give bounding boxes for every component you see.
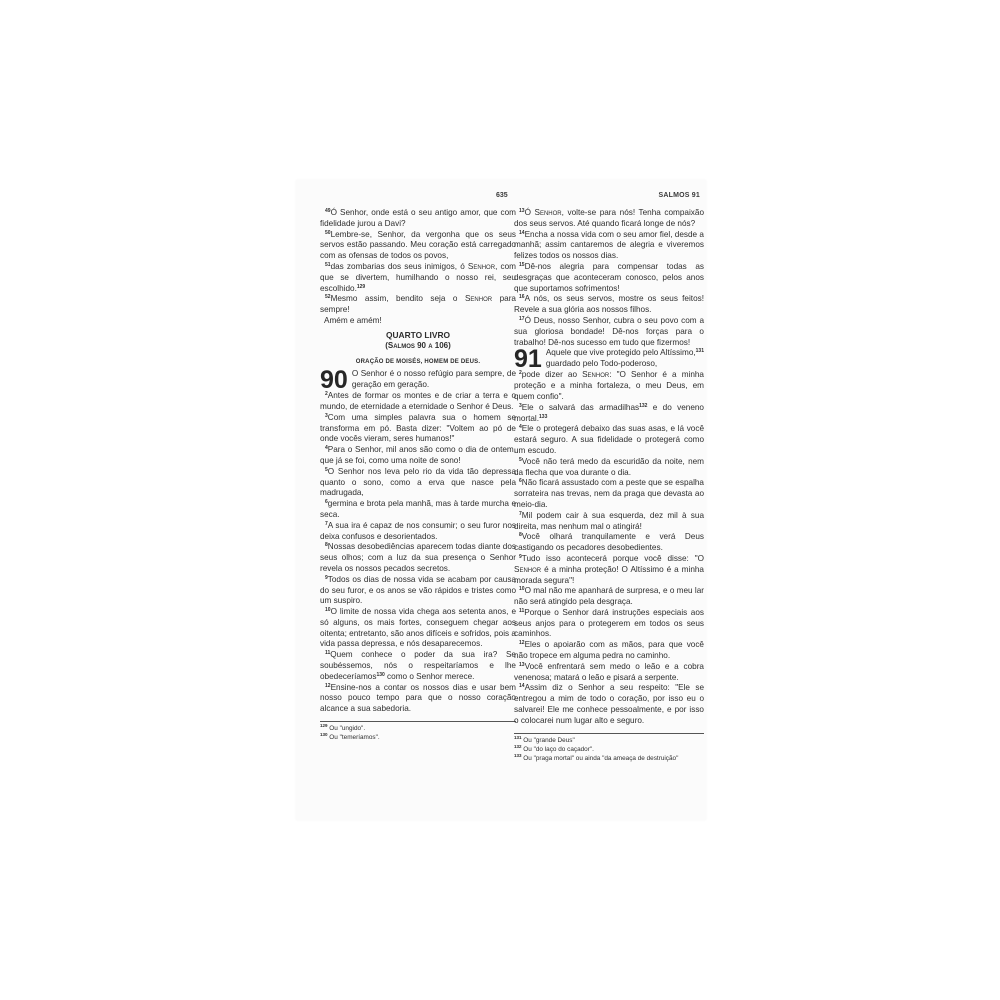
book-range: (Salmos 90 a 106) (320, 341, 516, 352)
verse: 10O limite de nossa vida chega aos seten… (320, 607, 516, 650)
footnote-ref[interactable]: 129 (357, 284, 365, 290)
verse: 7A sua ira é capaz de nos consumir; o se… (320, 521, 516, 543)
verse: 14Encha a nossa vida com o seu amor fiel… (514, 230, 704, 262)
footnote: 129 Ou "ungido". (320, 724, 516, 733)
verse: 9Tudo isso acontecerá porque você disse:… (514, 554, 704, 586)
psalm-number: 91 (514, 349, 542, 370)
verse: 9Todos os dias de nossa vida se acabam p… (320, 575, 516, 607)
verse: 3Com uma simples palavra sua o homem se … (320, 413, 516, 445)
verse: 7Mil podem cair à sua esquerda, dez mil … (514, 511, 704, 533)
verse: 16A nós, os seus servos, mostre os seus … (514, 294, 704, 316)
bible-page: 635 SALMOS 91 49Ó Senhor, onde está o se… (296, 180, 706, 820)
footnote-ref[interactable]: 131 (696, 348, 704, 354)
verse: 13Ó Senhor, volte-se para nós! Tenha com… (514, 208, 704, 230)
verse: 51das zombarias dos seus inimigos, ó Sen… (320, 262, 516, 294)
verse: 52Mesmo assim, bendito seja o Senhor par… (320, 294, 516, 316)
verse: 10O mal não me apanhará de surpresa, e o… (514, 586, 704, 608)
verse: 50Lembre-se, Senhor, da vergonha que os … (320, 230, 516, 262)
page-number: 635 (496, 192, 508, 199)
verse: 91Aquele que vive protegido pelo Altíssi… (514, 348, 704, 370)
verse: 14Assim diz o Senhor a seu respeito: "El… (514, 683, 704, 726)
verse: 5Você não terá medo da escuridão da noit… (514, 457, 704, 479)
page-header: 635 SALMOS 91 (296, 192, 706, 204)
footnote-divider (514, 733, 704, 734)
footnote: 133 Ou "praga mortal" ou ainda "da ameaç… (514, 754, 704, 763)
verse: 6germina e brota pela manhã, mas à tarde… (320, 499, 516, 521)
psalm-number: 90 (320, 370, 348, 391)
verse: 4Ele o protegerá debaixo das suas asas, … (514, 424, 704, 456)
left-column: 49Ó Senhor, onde está o seu antigo amor,… (320, 208, 516, 742)
verse: 12Ensine-nos a contar os nossos dias e u… (320, 683, 516, 715)
footnote-divider (320, 721, 516, 722)
psalm-91: 91Aquele que vive protegido pelo Altíssi… (514, 348, 704, 726)
psalm-superscription: ORAÇÃO DE MOISÉS, HOMEM DE DEUS. (320, 357, 516, 368)
footnote: 132 Ou "do laço do caçador". (514, 745, 704, 754)
verse: 15Dê-nos alegria para compensar todas as… (514, 262, 704, 294)
footnote-ref[interactable]: 130 (376, 672, 384, 678)
verse: 11Quem conhece o poder da sua ira? Se so… (320, 650, 516, 682)
right-column: 13Ó Senhor, volte-se para nós! Tenha com… (514, 208, 704, 763)
verse: 5O Senhor nos leva pelo rio da vida tão … (320, 467, 516, 499)
verse: 2Antes de formar os montes e de criar a … (320, 391, 516, 413)
verse: 8Nossas desobediências aparecem todas di… (320, 542, 516, 574)
psalm-90: 90O Senhor é o nosso refúgio para sempre… (320, 369, 516, 715)
footnote-ref[interactable]: 133 (539, 414, 547, 420)
verse: 17Ó Deus, nosso Senhor, cubra o seu povo… (514, 316, 704, 348)
verse: 12Eles o apoiarão com as mãos, para que … (514, 640, 704, 662)
verse: 11Porque o Senhor dará instruções especi… (514, 608, 704, 640)
footnote: 131 Ou "grande Deus" (514, 736, 704, 745)
verse: 2pode dizer ao Senhor: "O Senhor é a min… (514, 370, 704, 402)
verse: 4Para o Senhor, mil anos são como o dia … (320, 445, 516, 467)
verse: 8Você olhará tranquilamente e verá Deus … (514, 532, 704, 554)
footnote: 130 Ou "temeríamos". (320, 733, 516, 742)
verse: 49Ó Senhor, onde está o seu antigo amor,… (320, 208, 516, 230)
book-title: QUARTO LIVRO (320, 330, 516, 341)
running-head: SALMOS 91 (659, 192, 700, 199)
verse: 6Não ficará assustado com a peste que se… (514, 478, 704, 510)
verse: 3Ele o salvará das armadilhas132 e do ve… (514, 403, 704, 425)
verse: 13Você enfrentará sem medo o leão e a co… (514, 662, 704, 684)
amen-line: Amém e amém! (320, 316, 516, 327)
verse: 90O Senhor é o nosso refúgio para sempre… (320, 369, 516, 391)
